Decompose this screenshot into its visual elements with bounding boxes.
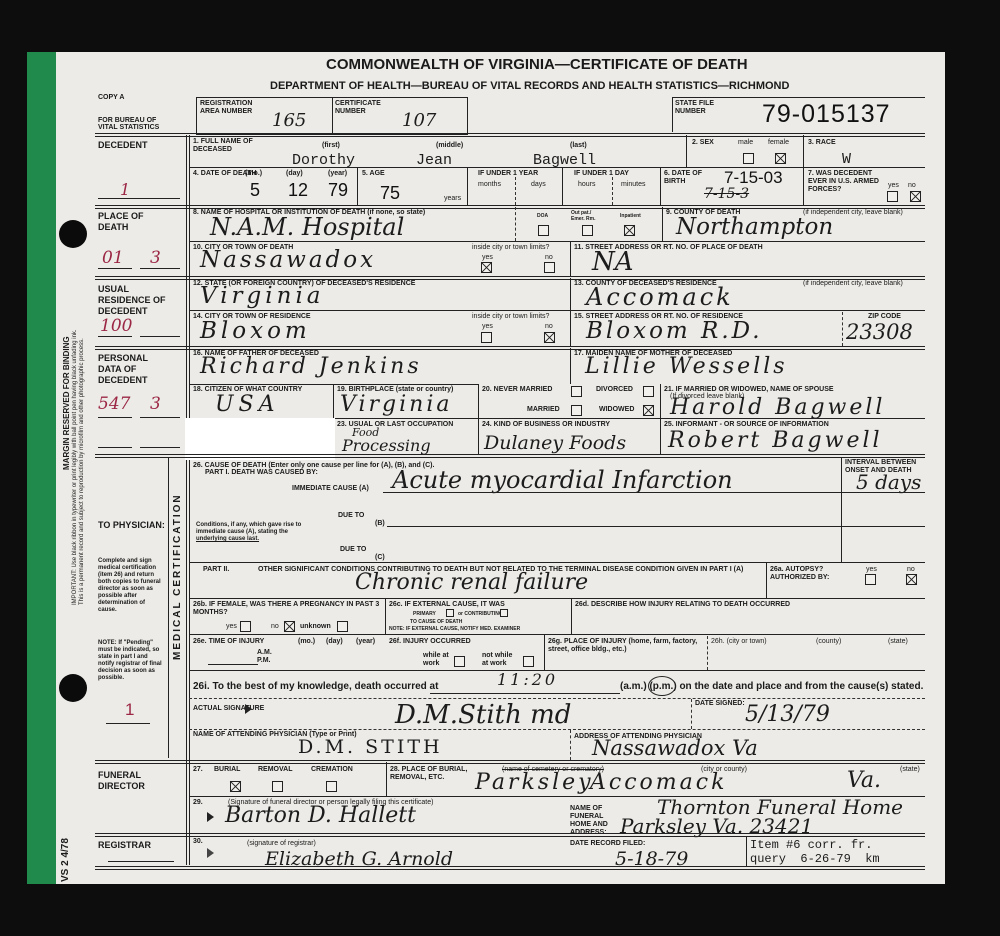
rule xyxy=(515,177,516,205)
years-label: years xyxy=(444,195,461,203)
contributing-label: or CONTRIBUTING xyxy=(458,611,503,617)
rule xyxy=(386,762,387,796)
c-label: (C) xyxy=(375,554,385,562)
death-time: 11:20 xyxy=(497,670,558,689)
pm-label: P.M. xyxy=(257,657,271,665)
divorced-label: DIVORCED xyxy=(596,386,633,394)
outpatient-checkbox[interactable] xyxy=(582,225,593,236)
divider xyxy=(332,97,333,133)
arrow-icon xyxy=(207,812,214,822)
rule xyxy=(140,336,180,337)
form-code: VS 2 4/78 xyxy=(60,838,71,882)
rule xyxy=(189,384,479,385)
place-code: 3 xyxy=(150,248,161,268)
signature-label: ACTUAL SIGNATURE xyxy=(193,705,264,713)
date-filed-label: DATE RECORD FILED: xyxy=(570,840,645,848)
burial-state-value: Va. xyxy=(847,768,881,793)
name-label: 1. FULL NAME OF DECEASED xyxy=(193,138,263,154)
burial-checkbox[interactable] xyxy=(230,781,241,792)
interval-value: 5 days xyxy=(856,470,921,494)
rule xyxy=(189,634,925,635)
residence-code: 100 xyxy=(100,316,132,336)
am-label: A.M. xyxy=(257,649,272,657)
residence-inside-limits-yes[interactable] xyxy=(481,332,492,343)
rule xyxy=(515,207,516,241)
rule xyxy=(383,492,841,493)
primary-checkbox[interactable] xyxy=(446,609,454,617)
registrar-note: Item #6 corr. fr. xyxy=(750,838,872,852)
business-label: 24. KIND OF BUSINESS OR INDUSTRY xyxy=(482,421,610,429)
residence-county-value: Accomack xyxy=(586,283,734,311)
rule xyxy=(766,562,767,598)
cremation-label: CREMATION xyxy=(311,766,353,774)
certificate-label: CERTIFICATE NUMBER xyxy=(335,100,395,116)
physician-address-value: Nassawadox Va xyxy=(592,736,758,760)
rule xyxy=(570,730,571,760)
no-label: no xyxy=(271,623,279,631)
rule xyxy=(140,268,180,269)
occupation-value: Processing xyxy=(342,436,431,455)
rule xyxy=(467,167,468,205)
injury-place-label: 26g. PLACE OF INJURY (home, farm, factor… xyxy=(548,638,698,654)
doa-checkbox[interactable] xyxy=(538,225,549,236)
important-note: IMPORTANT: Use black ribbon in typewrite… xyxy=(72,329,86,605)
rule xyxy=(95,760,925,764)
armed-no-checkbox[interactable] xyxy=(910,191,921,202)
informant-value: Robert Bagwell xyxy=(668,428,883,453)
section-funeral-director: FUNERAL DIRECTOR xyxy=(98,770,168,792)
no-label: no xyxy=(545,323,553,331)
no-label: no xyxy=(545,254,553,262)
day-label: (day) xyxy=(326,638,343,646)
county-note: (if independent city, leave blank) xyxy=(803,280,903,288)
state-label: (state) xyxy=(900,766,920,774)
arrow-icon xyxy=(207,848,214,858)
certificate-subtitle: DEPARTMENT OF HEALTH—BUREAU OF VITAL REC… xyxy=(270,80,789,92)
rule xyxy=(189,698,925,699)
widowed-checkbox[interactable] xyxy=(643,405,654,416)
pregnancy-unknown-checkbox[interactable] xyxy=(337,621,348,632)
day-label: (day) xyxy=(286,170,303,178)
rule xyxy=(108,861,174,862)
age-label: 5. AGE xyxy=(362,170,385,178)
rule xyxy=(385,598,386,634)
rule xyxy=(208,664,258,665)
state-file-label: STATE FILE NUMBER xyxy=(675,100,725,116)
autopsy-label: 26a. AUTOPSY? AUTHORIZED BY: xyxy=(770,566,840,582)
due-to-label: DUE TO xyxy=(340,546,366,554)
spouse-value: Harold Bagwell xyxy=(670,395,885,420)
rule xyxy=(140,417,180,418)
punch-hole xyxy=(59,220,87,248)
hours-label: hours xyxy=(578,181,596,189)
under-day-label: IF UNDER 1 DAY xyxy=(574,170,629,178)
doa-label: DOA xyxy=(537,212,548,220)
sex-female-checkbox[interactable] xyxy=(775,153,786,164)
external-note: NOTE: IF EXTERNAL CAUSE, NOTIFY MED. EXA… xyxy=(389,626,520,632)
rule xyxy=(333,418,925,419)
city-of-death-value: Nassawadox xyxy=(200,247,376,273)
rule xyxy=(570,241,571,277)
death-inside-limits-no[interactable] xyxy=(544,262,555,273)
race-label: 3. RACE xyxy=(808,139,836,147)
under-year-label: IF UNDER 1 YEAR xyxy=(478,170,538,178)
not-at-work-checkbox[interactable] xyxy=(523,656,534,667)
certificate-number: 107 xyxy=(402,110,436,131)
rule xyxy=(660,384,661,454)
death-year: 79 xyxy=(328,180,348,201)
physician-code: 1 xyxy=(125,700,134,720)
part2-label: PART II. xyxy=(203,566,229,574)
punch-hole xyxy=(59,674,87,702)
underlying-note: underlying cause last. xyxy=(196,536,259,542)
last-label: (last) xyxy=(570,142,587,150)
part2-value: Chronic renal failure xyxy=(355,570,588,595)
street-of-death-value: NA xyxy=(592,247,634,277)
removal-checkbox[interactable] xyxy=(272,781,283,792)
rule xyxy=(562,167,563,205)
first-label: (first) xyxy=(322,142,340,150)
birth-label: 6. DATE OF BIRTH xyxy=(664,170,709,186)
rule xyxy=(95,866,925,870)
bureau-label: VITAL STATISTICS xyxy=(98,124,159,132)
date-signed-value: 5/13/79 xyxy=(745,702,830,727)
rule xyxy=(98,447,132,448)
section-decedent: DECEDENT xyxy=(98,140,148,151)
county-of-death-value: Northampton xyxy=(676,214,833,240)
copy-label: COPY A xyxy=(98,94,124,102)
to-cause-label: TO CAUSE OF DEATH xyxy=(410,619,462,625)
married-label: MARRIED xyxy=(527,406,560,414)
rule xyxy=(570,348,571,384)
rule xyxy=(95,133,925,137)
decedent-code: 1 xyxy=(120,180,130,199)
mo-label: (mo.) xyxy=(298,638,315,646)
pregnancy-no-checkbox[interactable] xyxy=(284,621,295,632)
age-value: 75 xyxy=(380,183,400,204)
rule xyxy=(189,729,925,730)
rule xyxy=(189,167,925,168)
rule xyxy=(95,833,925,837)
business-value: Dulaney Foods xyxy=(484,432,626,454)
injury-occurred-label: 26f. INJURY OCCURRED xyxy=(389,638,471,646)
rule xyxy=(746,836,747,866)
burial-county-value: Accomack xyxy=(590,770,727,795)
inpatient-label: Inpatient xyxy=(620,212,641,220)
rule xyxy=(357,167,358,205)
medical-certification-label: MEDICAL CERTIFICATION xyxy=(172,493,183,660)
divorced-checkbox[interactable] xyxy=(643,386,654,397)
death-day: 12 xyxy=(288,180,308,201)
never-married-label: 20. NEVER MARRIED xyxy=(482,386,552,394)
immediate-cause-label: IMMEDIATE CAUSE (A) xyxy=(292,485,369,493)
funeral-director-signature: Barton D. Hallett xyxy=(225,803,416,828)
section-place-of-death: PLACE OF DEATH xyxy=(98,211,158,233)
injury-describe-label: 26d. DESCRIBE HOW INJURY RELATING TO DEA… xyxy=(575,601,790,609)
rule xyxy=(140,447,180,448)
injury-city-label: 26h. (city or town) xyxy=(711,638,767,646)
rule xyxy=(841,457,842,563)
arrow-icon xyxy=(245,704,252,714)
at-work-checkbox[interactable] xyxy=(454,656,465,667)
autopsy-no-checkbox[interactable] xyxy=(906,574,917,585)
rule xyxy=(707,636,708,670)
sex-label: 2. SEX xyxy=(692,139,714,147)
pm-circle xyxy=(648,676,676,696)
physician-note: Complete and sign medical certification … xyxy=(98,558,164,614)
not-at-work-label: not while at work xyxy=(482,652,520,668)
days-label: days xyxy=(531,181,546,189)
part1-label: PART I. DEATH WAS CAUSED BY: xyxy=(205,469,318,477)
state-file-number: 79-015137 xyxy=(762,100,891,129)
important-line: IMPORTANT: Use black ribbon in typewrite… xyxy=(72,329,79,605)
important-line: This is a permanent record and subject t… xyxy=(79,329,86,605)
rule xyxy=(841,492,925,493)
external-cause-label: 26c. IF EXTERNAL CAUSE, IT WAS xyxy=(389,601,505,609)
widowed-label: WIDOWED xyxy=(599,406,634,414)
minutes-label: minutes xyxy=(621,181,646,189)
rule xyxy=(189,241,925,242)
birthplace-value: Virginia xyxy=(340,392,453,417)
rule xyxy=(571,598,572,634)
primary-label: PRIMARY xyxy=(413,611,436,617)
female-label: female xyxy=(768,139,789,147)
rule xyxy=(686,135,687,167)
personal-code: 547 xyxy=(98,394,130,414)
cremation-checkbox[interactable] xyxy=(326,781,337,792)
state-label: (state) xyxy=(888,638,908,646)
rule xyxy=(333,384,334,418)
section-registrar: REGISTRAR xyxy=(98,840,151,851)
green-binding-strip xyxy=(27,52,56,884)
months-label: months xyxy=(478,181,501,189)
zip-value: 23308 xyxy=(846,320,913,344)
due-to-label: DUE TO xyxy=(338,512,364,520)
conditions-note: Conditions, if any, which gave rise to i… xyxy=(196,522,331,536)
immediate-cause-value: Acute myocardial Infarction xyxy=(392,466,733,494)
burial-place-label: 28. PLACE OF BURIAL, REMOVAL, ETC. xyxy=(390,766,470,782)
limits-label: inside city or town limits? xyxy=(472,313,549,321)
yes-label: yes xyxy=(866,566,877,574)
rule xyxy=(660,167,661,205)
birth-date-struck: 7-15-3 xyxy=(704,186,749,202)
registration-label: REGISTRATION AREA NUMBER xyxy=(200,100,260,116)
disposition-label: 27. xyxy=(193,766,203,774)
registrar-signature-label: (signature of registrar) xyxy=(247,840,316,848)
removal-label: REMOVAL xyxy=(258,766,292,774)
year-label: (year) xyxy=(328,170,347,178)
mo-label: (mo.) xyxy=(245,170,262,178)
residence-state-value: Virginia xyxy=(200,283,325,309)
married-checkbox[interactable] xyxy=(571,405,582,416)
b-label: (B) xyxy=(375,520,385,528)
no-label: no xyxy=(908,182,916,190)
outpatient-label: Out pat./ Emer. Rm. xyxy=(571,210,601,222)
autopsy-yes-checkbox[interactable] xyxy=(865,574,876,585)
citizen-value: USA xyxy=(215,392,280,417)
funeral-signature-number: 29. xyxy=(193,799,203,807)
middle-label: (middle) xyxy=(436,142,463,150)
rule xyxy=(430,693,620,694)
rule xyxy=(98,198,180,199)
burial-label: BURIAL xyxy=(214,766,240,774)
rule xyxy=(842,312,843,346)
yes-label: yes xyxy=(482,323,493,331)
pregnancy-yes-checkbox[interactable] xyxy=(240,621,251,632)
armed-yes-checkbox[interactable] xyxy=(887,191,898,202)
death-month: 5 xyxy=(250,180,260,201)
armed-forces-label: 7. WAS DECEDENT EVER IN U.S. ARMED FORCE… xyxy=(808,170,883,194)
section-personal-data: PERSONAL DATA OF DECEDENT xyxy=(98,353,168,386)
rule xyxy=(98,268,132,269)
section-residence: USUAL RESIDENCE OF DECEDENT xyxy=(98,284,178,317)
no-label: no xyxy=(907,566,915,574)
place-code: 01 xyxy=(102,248,124,268)
rule xyxy=(387,526,925,527)
rule xyxy=(478,384,479,454)
injury-time-label: 26e. TIME OF INJURY xyxy=(193,638,264,646)
residence-street-value: Bloxom R.D. xyxy=(586,318,763,344)
rule xyxy=(98,336,132,337)
rule xyxy=(106,723,150,724)
knowledge-label: 26i. To the best of my knowledge, death … xyxy=(193,681,438,692)
personal-code: 3 xyxy=(150,394,161,414)
hospital-value: N.A.M. Hospital xyxy=(210,213,404,241)
county-label: (county) xyxy=(816,638,841,646)
at-work-label: while at work xyxy=(423,652,453,668)
physician-name-value: D.M. STITH xyxy=(298,736,443,758)
rule xyxy=(189,310,925,311)
physician-signature: D.M.Stith md xyxy=(395,700,571,730)
date-signed-label: DATE SIGNED: xyxy=(695,700,745,708)
to-physician-label: TO PHYSICIAN: xyxy=(98,520,168,531)
certificate-title: COMMONWEALTH OF VIRGINIA—CERTIFICATE OF … xyxy=(326,56,748,73)
race-value: W xyxy=(842,151,851,168)
rule xyxy=(570,278,571,310)
mother-value: Lillie Wessells xyxy=(585,354,788,379)
yes-label: yes xyxy=(226,623,237,631)
residence-inside-limits-no[interactable] xyxy=(544,332,555,343)
inpatient-checkbox[interactable] xyxy=(624,225,635,236)
rule xyxy=(98,417,132,418)
death-inside-limits-yes[interactable] xyxy=(481,262,492,273)
pregnancy-label: 26b. IF FEMALE, WAS THERE A PREGNANCY IN… xyxy=(193,601,383,617)
rule xyxy=(662,207,663,241)
year-label: (year) xyxy=(356,638,375,646)
male-label: male xyxy=(738,139,753,147)
sex-male-checkbox[interactable] xyxy=(743,153,754,164)
limits-label: inside city or town limits? xyxy=(472,244,549,252)
unknown-label: unknown xyxy=(300,623,331,631)
rule xyxy=(168,458,169,758)
father-value: Richard Jenkins xyxy=(200,354,422,379)
rule xyxy=(612,177,613,205)
rule xyxy=(570,310,571,346)
rule xyxy=(189,598,925,599)
physician-note: NOTE: If "Pending" must be indicated, so… xyxy=(98,640,164,682)
residence-city-value: Bloxom xyxy=(200,318,311,344)
rule xyxy=(803,135,804,205)
birth-date: 7-15-03 xyxy=(724,168,783,188)
rule xyxy=(189,562,925,563)
rule xyxy=(544,634,545,670)
registration-number: 165 xyxy=(272,110,306,131)
binding-note: MARGIN RESERVED FOR BINDING xyxy=(62,336,71,470)
registrar-note: query 6-26-79 km xyxy=(750,852,880,866)
never-married-checkbox[interactable] xyxy=(571,386,582,397)
registrar-number: 30. xyxy=(193,838,203,846)
rule xyxy=(186,135,190,865)
rule xyxy=(95,454,925,458)
burial-place-value: Parksley xyxy=(475,770,594,795)
yes-label: yes xyxy=(888,182,899,190)
rule xyxy=(691,699,692,729)
contributing-checkbox[interactable] xyxy=(500,609,508,617)
